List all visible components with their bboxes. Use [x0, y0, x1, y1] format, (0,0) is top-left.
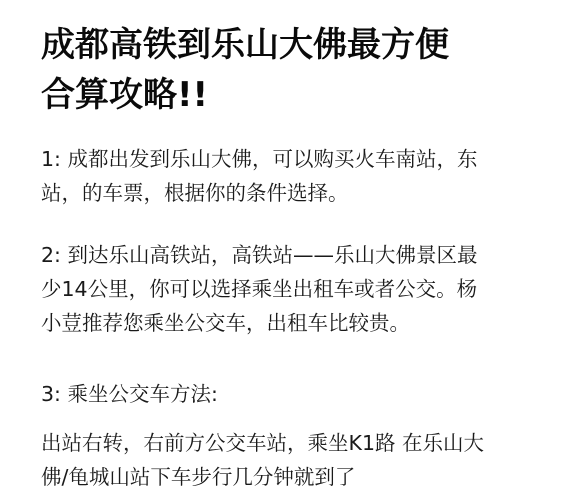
title-line: 成都高铁到乐山大佛最方便 [41, 20, 541, 70]
paragraph-line: 1: 成都出发到乐山大佛，可以购买火车南站，东 [41, 142, 541, 176]
paragraph-bus-directions: 出站右转，右前方公交车站，乘坐K1路 在乐山大 佛/龟城山站下车步行几分钟就到了 [41, 426, 541, 494]
paragraph-line: 小荳推荐您乘坐公交车，出租车比较贵。 [41, 306, 541, 340]
paragraph-step-3-heading: 3: 乘坐公交车方法: [41, 377, 541, 411]
paragraph-line: 少14公里，你可以选择乘坐出租车或者公交。杨 [41, 272, 541, 306]
paragraph-line: 站，的车票，根据你的条件选择。 [41, 176, 541, 210]
title-line: 合算攻略!! [41, 70, 541, 120]
paragraph-step-1: 1: 成都出发到乐山大佛，可以购买火车南站，东 站，的车票，根据你的条件选择。 [41, 142, 541, 210]
paragraph-step-2: 2: 到达乐山高铁站，高铁站——乐山大佛景区最 少14公里，你可以选择乘坐出租车… [41, 238, 541, 340]
paragraph-line: 出站右转，右前方公交车站，乘坐K1路 在乐山大 [41, 426, 541, 460]
paragraph-line: 2: 到达乐山高铁站，高铁站——乐山大佛景区最 [41, 238, 541, 272]
paragraph-line: 3: 乘坐公交车方法: [41, 377, 541, 411]
article-title: 成都高铁到乐山大佛最方便 合算攻略!! [41, 20, 541, 120]
paragraph-line: 佛/龟城山站下车步行几分钟就到了 [41, 460, 541, 494]
